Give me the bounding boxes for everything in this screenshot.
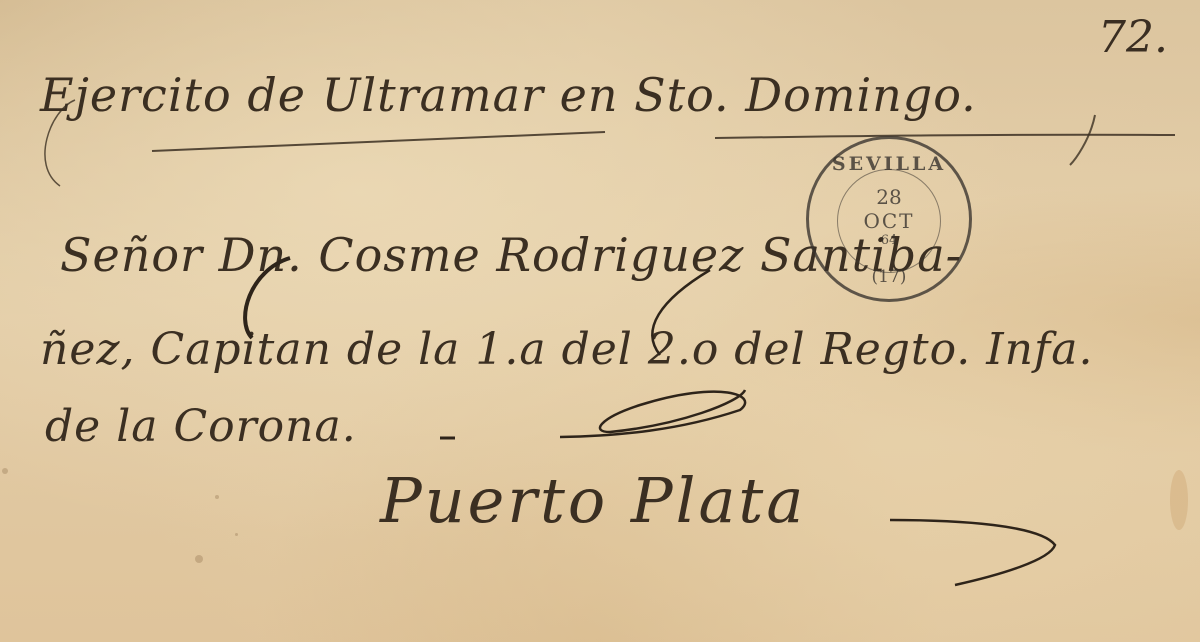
postmark-day: 28 bbox=[809, 185, 969, 209]
postmark-stamp: SEVILLA 28 OCT 64 (17) bbox=[806, 136, 972, 302]
postmark-office-number: (17) bbox=[809, 267, 969, 287]
postmark-month: OCT bbox=[809, 209, 969, 233]
postmark-year: 64 bbox=[809, 233, 969, 248]
ink-flourishes bbox=[0, 0, 1200, 642]
envelope: 72. Ejercito de Ultramar en Sto. Domingo… bbox=[0, 0, 1200, 642]
